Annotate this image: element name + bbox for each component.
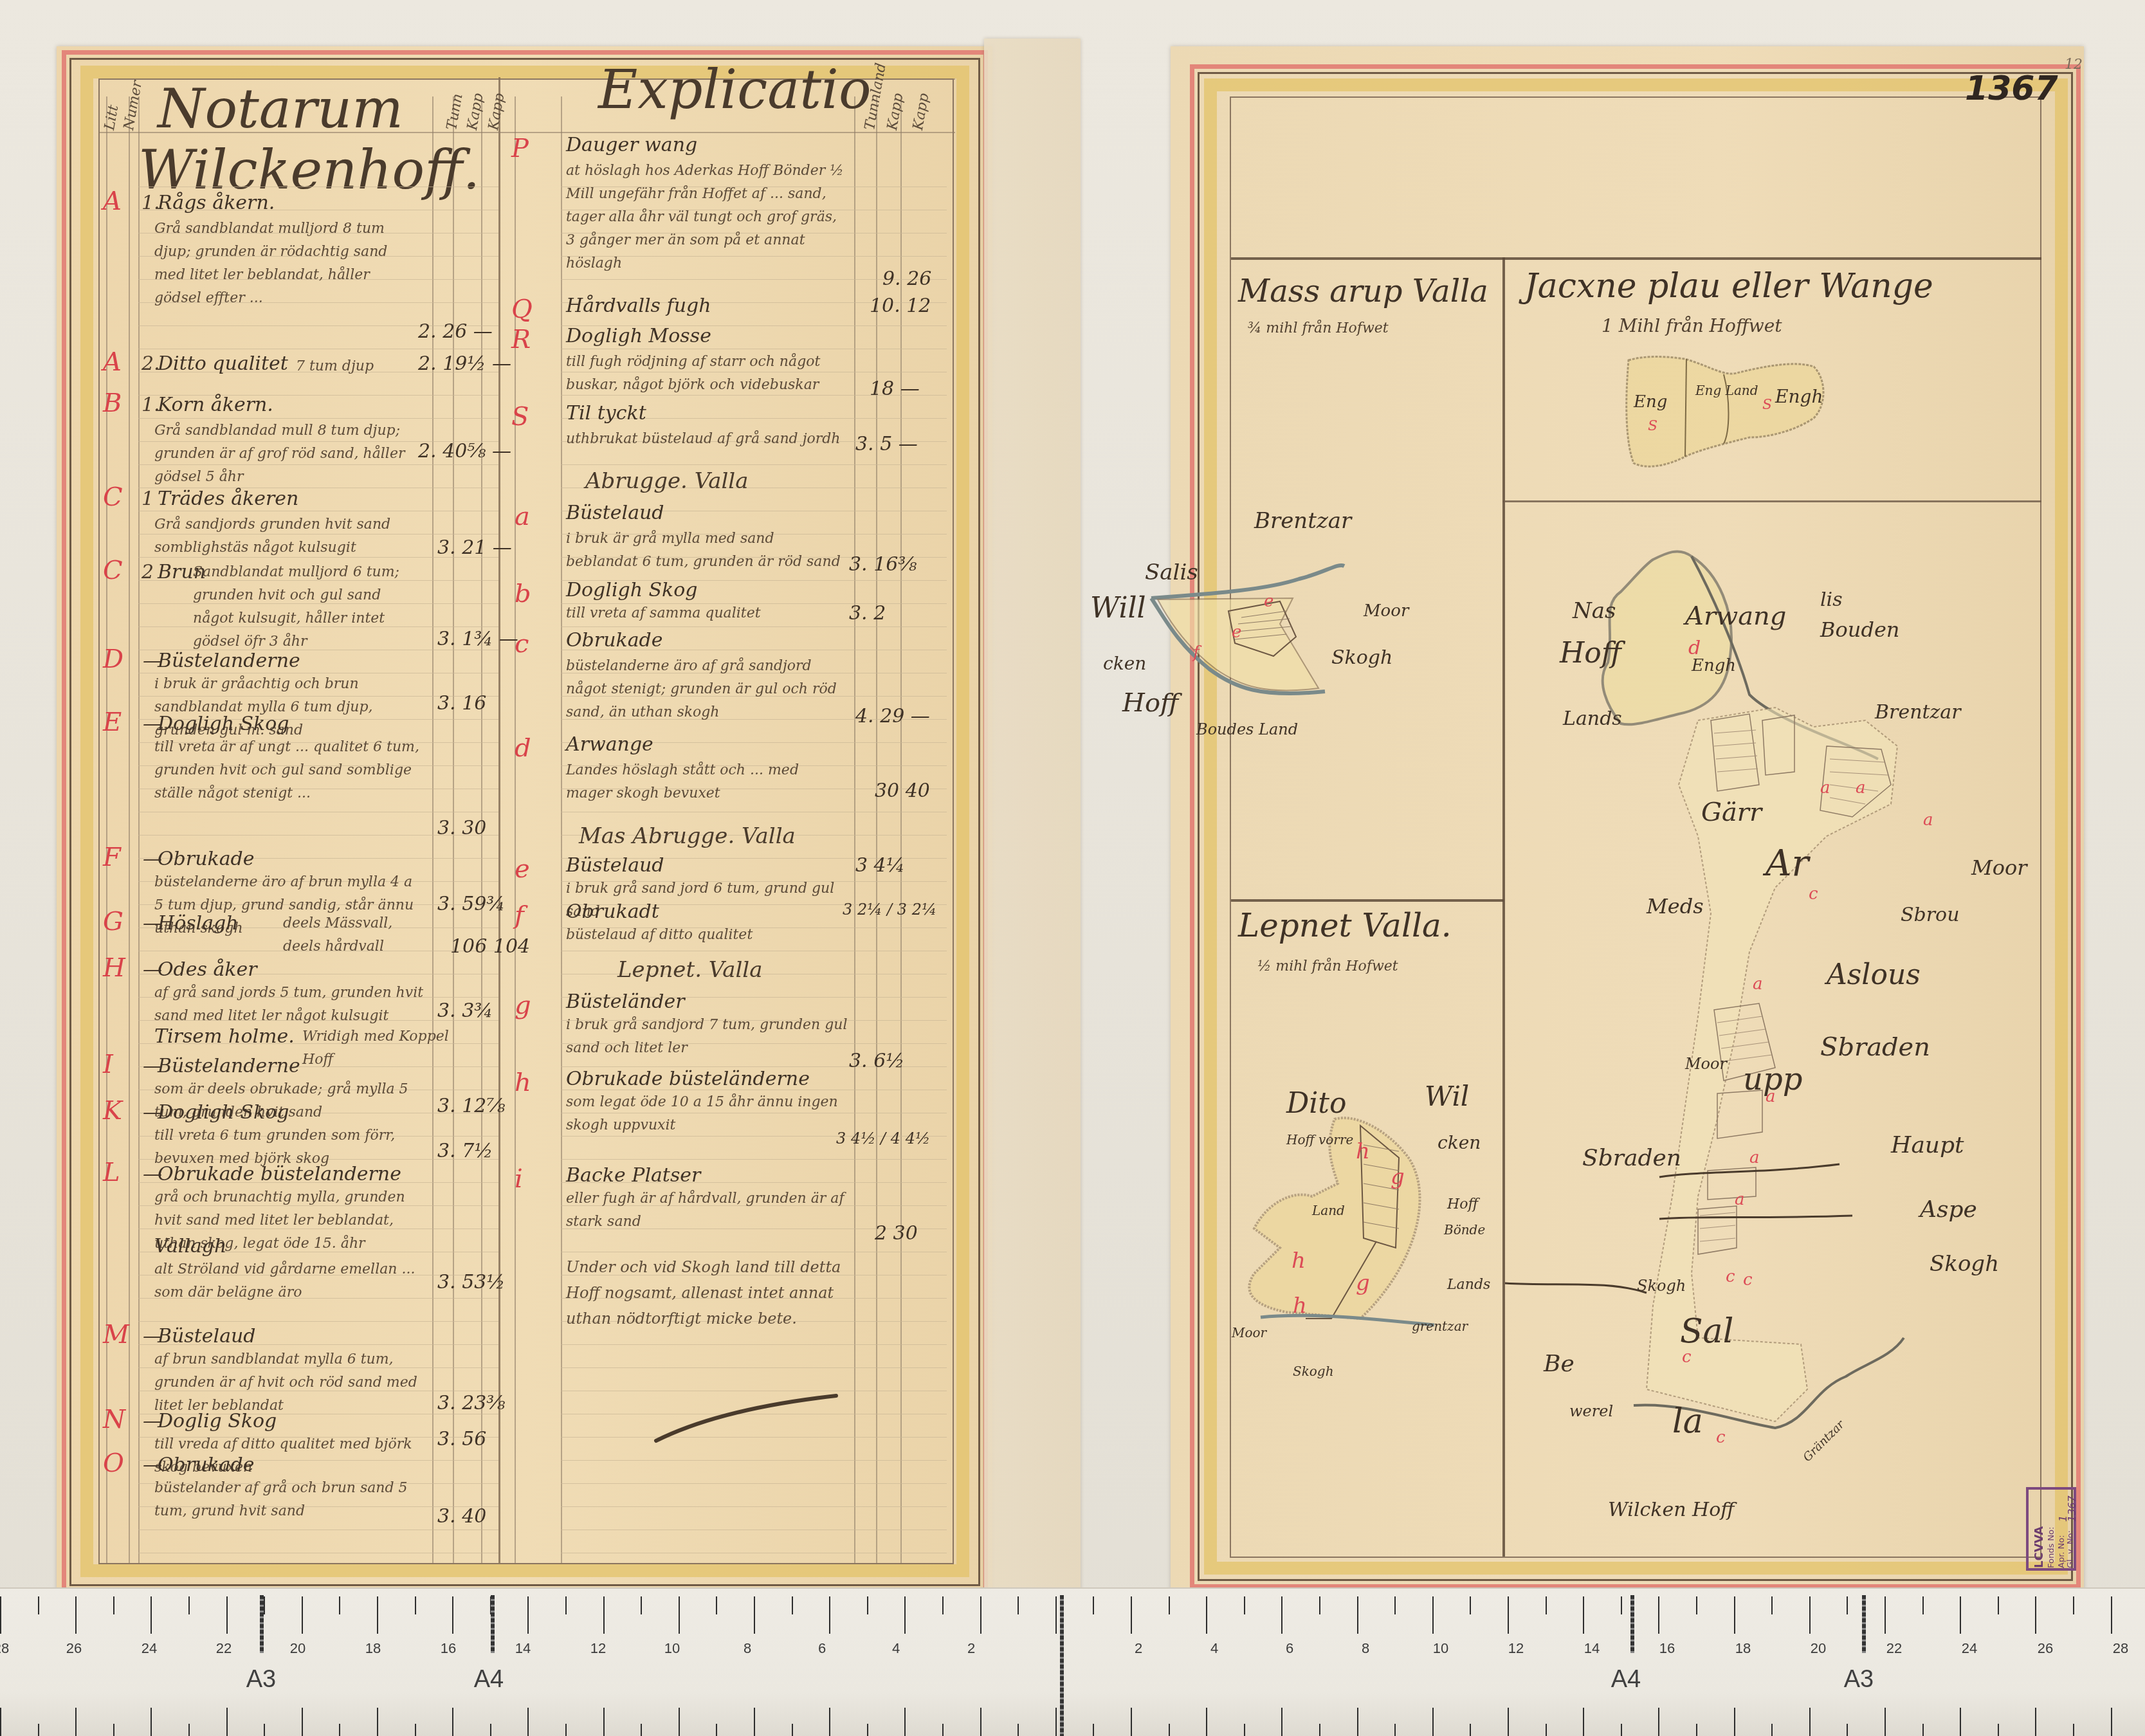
format-label: A3	[1844, 1666, 1874, 1694]
ledger-rule	[138, 812, 498, 812]
map-label: Hoff	[1560, 637, 1621, 670]
ruler-label: 16	[441, 1640, 456, 1657]
ruler-label: 26	[2038, 1640, 2053, 1657]
ruler-label: 22	[1886, 1640, 1902, 1657]
ruler-tick	[188, 1724, 190, 1736]
map-label: Engh	[1775, 386, 1823, 407]
map-label: Gärr	[1701, 798, 1762, 827]
map-label: Hoff vorre	[1286, 1132, 1353, 1147]
entry-code: A	[103, 347, 122, 377]
map-label: cken	[1438, 1132, 1481, 1153]
map-label: Hoff	[1447, 1196, 1478, 1212]
ruler-tick	[226, 1708, 228, 1736]
parcel-code: c	[1726, 1267, 1735, 1286]
ruler-tick	[1508, 1596, 1509, 1634]
ruler-label: 6	[818, 1640, 826, 1657]
entry-code: B	[103, 388, 122, 418]
ruler-tick	[1093, 1724, 1094, 1736]
entry-code: i	[515, 1164, 523, 1194]
ruler-tick	[2035, 1596, 2036, 1634]
ruler-label: 14	[1584, 1640, 1600, 1657]
ruler-tick	[113, 1596, 114, 1614]
ruler-label: 20	[290, 1640, 306, 1657]
entry-label: Höslagh	[158, 912, 239, 935]
ruler-tick	[1658, 1708, 1659, 1736]
parcel-code: e	[1232, 623, 1241, 642]
ruler-tick	[1809, 1596, 1811, 1634]
ruler-tick	[1394, 1596, 1396, 1614]
map-label: Hoff	[1122, 688, 1178, 718]
ruler-tick	[0, 1596, 1, 1634]
ledger-col-line	[854, 96, 855, 1563]
entry-code: F	[103, 843, 121, 872]
ledger-rule	[138, 511, 498, 511]
section-heading: Abrugge. Valla	[585, 468, 748, 494]
section-heading: Lepnet. Valla	[617, 957, 762, 983]
ruler-tick	[1055, 1708, 1057, 1736]
ruler-tick	[1885, 1596, 1886, 1634]
ruler-tick	[2073, 1596, 2074, 1614]
entry-label: Tirsem holme.	[154, 1025, 295, 1048]
ruler-tick	[2073, 1724, 2074, 1736]
ruler-tick	[377, 1596, 378, 1634]
ruler-tick	[527, 1708, 529, 1736]
ruler-tick	[1658, 1596, 1659, 1634]
entry-code: b	[515, 579, 531, 608]
ruler-tick	[679, 1596, 680, 1634]
ruler-tick	[377, 1708, 378, 1736]
parcel-code: h	[1356, 1138, 1370, 1164]
stamp-apr: Apr. No:	[2057, 1535, 2067, 1568]
entry-label: Büstelaud	[566, 854, 664, 877]
map-label: Haupt	[1891, 1132, 1964, 1158]
entry-description: deels Mässvall, deels hårdvall	[283, 912, 424, 958]
panel-title-jacxne: Jacxne plau eller Wange	[1524, 267, 1933, 306]
ruler-tick	[1960, 1708, 1961, 1736]
entry-code: D	[103, 644, 123, 674]
map-label: Bouden	[1820, 617, 1899, 642]
panel-subtitle-jacxne: 1 Mihl från Hoffwet	[1602, 315, 1782, 336]
ledger-rule	[561, 812, 947, 812]
ruler-tick	[113, 1724, 114, 1736]
ruler-tick	[1206, 1708, 1207, 1736]
parcel-code: g	[1391, 1164, 1405, 1190]
entry-value: 4. 29 —	[855, 705, 930, 727]
entry-code: g	[515, 991, 531, 1020]
map-label: Wilcken Hoff	[1608, 1499, 1735, 1521]
panel-subtitle-lepnet: ½ mihl från Hofwet	[1257, 958, 1398, 974]
panel-title-lepnet: Lepnet Valla.	[1238, 907, 1452, 944]
entry-description: af grå sand jords 5 tum, grunden hvit sa…	[154, 982, 424, 1028]
entry-value: 3. 21 —	[437, 536, 512, 559]
ruler-label: 2	[967, 1640, 975, 1657]
map-label: lis	[1820, 589, 1843, 611]
ledger-rule	[138, 418, 498, 419]
entry-value: 3 4½ / 4 4½	[836, 1129, 930, 1147]
ruler-tick	[829, 1708, 830, 1736]
entry-value: 3. 2	[849, 602, 886, 625]
ruler-label: 18	[365, 1640, 381, 1657]
entry-label: Dogligh Skog	[158, 1101, 289, 1124]
ruler-tick	[792, 1596, 793, 1614]
ruler-tick	[226, 1596, 228, 1634]
map-label: Will	[1090, 592, 1146, 625]
entry-code: Q	[511, 295, 533, 324]
ruler-tick	[1319, 1596, 1320, 1614]
entry-label: Büsteländer	[566, 991, 685, 1013]
entry-label: Dogligh Mosse	[566, 325, 711, 347]
ledger-rule	[138, 349, 498, 349]
ruler-label: 8	[744, 1640, 751, 1657]
entry-value: 3. 59¾	[437, 893, 505, 915]
ruler-tick	[1470, 1596, 1471, 1614]
ruler-tick	[904, 1708, 906, 1736]
map-label: Nas	[1573, 598, 1616, 624]
map-label: Land	[1312, 1203, 1345, 1218]
entry-code: K	[103, 1096, 122, 1126]
ruler-tick	[1432, 1708, 1434, 1736]
ruler-tick	[754, 1596, 755, 1634]
ruler-tick	[0, 1708, 1, 1736]
ledger-rule	[561, 1159, 947, 1160]
format-label: A3	[246, 1666, 276, 1694]
entry-value: 3. 16	[437, 692, 486, 715]
ruler-label: 14	[515, 1640, 531, 1657]
ledger-rule	[138, 187, 498, 187]
entry-code: R	[511, 325, 531, 354]
parcel-code: f	[1193, 643, 1200, 662]
ledger-rule	[561, 1506, 947, 1507]
entry-label: Obrukade	[158, 1454, 254, 1476]
ruler-tick	[1169, 1596, 1170, 1614]
entry-label: Til tyckt	[566, 402, 646, 425]
ruler-tick	[867, 1596, 868, 1614]
entry-code: N	[103, 1405, 125, 1434]
map-label: Sbraden	[1582, 1145, 1681, 1171]
ledger-rule	[561, 1367, 947, 1368]
ruler-tick	[1885, 1708, 1886, 1736]
ruler-tick	[1470, 1724, 1471, 1736]
entry-code: L	[103, 1158, 120, 1187]
entry-value: 3. 16⅜	[849, 553, 917, 576]
entry-label: Trädes åkeren	[158, 488, 298, 510]
ruler-label: 28	[0, 1640, 9, 1657]
entry-description: Grå sandblandad mull 8 tum djup; grunden…	[154, 419, 418, 489]
entry-value: 2 30	[875, 1222, 918, 1245]
map-label: Brentzar	[1875, 701, 1961, 724]
entry-code: a	[515, 502, 530, 531]
ruler-label: 4	[892, 1640, 900, 1657]
entry-value: 3. 56	[437, 1428, 486, 1450]
ruler-label: 6	[1286, 1640, 1293, 1657]
panel-title-massarup: Mass arup Valla	[1238, 273, 1488, 309]
entry-description: Wridigh med Koppel Hoff	[302, 1025, 457, 1072]
ruler-tick	[792, 1724, 793, 1736]
entry-description: Landes höslagh stått och ... med mager s…	[566, 759, 849, 805]
ruler-tick	[264, 1596, 265, 1614]
entry-value: 3. 12⅞	[437, 1095, 505, 1117]
ruler-label: 22	[216, 1640, 232, 1657]
ruler-tick	[151, 1708, 152, 1736]
ledger-rule	[561, 1530, 947, 1530]
format-label: A4	[1611, 1666, 1641, 1694]
entry-label: Obrukade	[566, 629, 662, 652]
ruler-tick	[415, 1596, 416, 1614]
ruler-tick	[1960, 1596, 1961, 1634]
map-label: Moor	[1364, 601, 1409, 621]
ruler-tick	[716, 1724, 717, 1736]
parcel-code: a	[1749, 1148, 1760, 1167]
ruler-tick	[942, 1596, 944, 1614]
ruler-tick	[302, 1708, 303, 1736]
parcel-code: a	[1820, 778, 1830, 798]
map-label: Eng Land	[1695, 383, 1758, 398]
ledger-rule	[561, 349, 947, 349]
map-label: Skogh	[1930, 1251, 1999, 1277]
entry-label: Obrukade büstelanderne	[158, 1163, 401, 1185]
entry-label: Dauger wang	[566, 134, 697, 156]
ruler-tick	[679, 1708, 680, 1736]
map-label: la	[1672, 1402, 1703, 1441]
entry-code: P	[511, 134, 529, 163]
measurement-ruler: A3 A4 A4 A3 28 26 24 22 20 18 16 14 12 1…	[0, 1587, 2145, 1736]
parcel-code: c	[1809, 884, 1818, 904]
entry-label: Obrukade	[158, 848, 254, 870]
entry-label: Rågs åkern.	[158, 192, 275, 214]
parcel-code: g	[1356, 1270, 1370, 1296]
ruler-label: 10	[1433, 1640, 1448, 1657]
ruler-tick	[151, 1596, 152, 1634]
ruler-tick	[75, 1596, 77, 1634]
entry-value: 30 40	[875, 780, 930, 802]
entry-number: 2	[141, 561, 154, 583]
ledger-rule	[138, 1553, 498, 1553]
ruler-label: 28	[2113, 1640, 2128, 1657]
entry-code: E	[103, 708, 122, 737]
ruler-tick	[452, 1596, 453, 1634]
entry-code: H	[103, 953, 125, 983]
parcel-code: S	[1648, 418, 1657, 434]
stamp-fonds: Fonds No:	[2047, 1527, 2056, 1568]
entry-value: 3. 6½	[849, 1050, 904, 1072]
ruler-tick	[1244, 1596, 1245, 1614]
ruler-tick	[980, 1596, 981, 1634]
ruler-label: 16	[1659, 1640, 1675, 1657]
ruler-tick	[1131, 1708, 1132, 1736]
map-label: Boudes Land	[1196, 720, 1298, 738]
ledger-rule	[561, 1483, 947, 1484]
ledger-rule	[138, 1530, 498, 1530]
ruler-tick	[2035, 1708, 2036, 1736]
stamp-glv-value: 1367	[2066, 1495, 2078, 1522]
map-label: Be	[1544, 1351, 1575, 1377]
entry-description: uthbrukat büstelaud af grå sand jordh	[566, 428, 849, 451]
ruler-label: 4	[1210, 1640, 1218, 1657]
entry-description: till fugh rödjning af starr och något bu…	[566, 351, 849, 397]
map-label: Skogh	[1331, 646, 1392, 669]
entry-description: Grå sandjords grunden hvit sand sombligh…	[154, 513, 418, 560]
parcel-code: S	[1762, 397, 1772, 413]
ruler-tick	[1319, 1724, 1320, 1736]
archive-stamp: LCVVA Fonds No: Apr. No: 1 Gl. v. No: 13…	[2026, 1487, 2076, 1571]
entry-description: at höslagh hos Aderkas Hoff Bönder ½ Mil…	[566, 160, 849, 275]
ruler-tick	[302, 1596, 303, 1634]
ruler-tick	[1357, 1708, 1358, 1736]
ruler-tick	[75, 1708, 77, 1736]
map-label: Aspe	[1920, 1196, 1977, 1223]
page-number: 1367	[1965, 69, 2058, 108]
ruler-tick	[1771, 1596, 1773, 1614]
entry-value: 3. 1¾ —	[437, 628, 518, 650]
map-label: Dito	[1286, 1087, 1347, 1120]
ruler-tick	[264, 1724, 265, 1736]
ruler-tick	[1922, 1724, 1924, 1736]
ruler-tick	[1281, 1596, 1282, 1634]
map-label: grentzar	[1412, 1319, 1468, 1334]
ruler-tick	[2111, 1596, 2112, 1634]
entry-code: h	[515, 1068, 531, 1097]
entry-value: 3. 5 —	[855, 433, 918, 455]
ruler-label: 2	[1135, 1640, 1142, 1657]
ruler-label: 12	[590, 1640, 606, 1657]
map-label: Eng	[1634, 392, 1667, 412]
map-label: werel	[1569, 1402, 1613, 1420]
flourish-icon	[650, 1389, 843, 1447]
ledger-rule	[138, 1321, 498, 1322]
ruler-tick	[716, 1596, 717, 1614]
entry-label: Büstelanderne	[158, 1055, 300, 1077]
ruler-tick	[1281, 1708, 1282, 1736]
ledger-col-line	[432, 96, 434, 1563]
ruler-tick	[1998, 1724, 1999, 1736]
ruler-tick	[2111, 1708, 2112, 1736]
entry-value: 9. 26	[882, 268, 931, 290]
ruler-tick	[1621, 1596, 1622, 1614]
map-label: Skogh	[1293, 1364, 1334, 1379]
left-title-line1: Notarum	[158, 77, 403, 140]
map-label: Moor	[1685, 1055, 1727, 1073]
ruler-center-line	[1060, 1595, 1064, 1736]
entry-label: Odes åker	[158, 958, 257, 981]
parcel-code: c	[1716, 1428, 1726, 1447]
ruler-tick	[1734, 1596, 1735, 1634]
entry-value: 3 2¼ / 3 2¼	[843, 900, 936, 918]
format-marker-a3-left	[260, 1595, 264, 1653]
ruler-tick	[1131, 1596, 1132, 1634]
entry-code: A	[103, 187, 122, 216]
entry-description: büstelaud af ditto qualitet	[566, 924, 849, 947]
map-label: Sbrou	[1901, 904, 1959, 926]
entry-code: G	[103, 907, 123, 937]
format-marker-a4-right	[1630, 1595, 1634, 1653]
ruler-tick	[1169, 1724, 1170, 1736]
panel-divider	[1231, 257, 2041, 260]
entry-label: Korn åkern.	[158, 394, 273, 416]
ledger-rule	[561, 1344, 947, 1345]
parcel-code: e	[1264, 592, 1273, 611]
ruler-tick	[1546, 1724, 1547, 1736]
ruler-tick	[1734, 1708, 1735, 1736]
ruler-tick	[490, 1724, 491, 1736]
entry-label: Hårdvalls fugh	[566, 295, 711, 317]
entry-label: Büstelanderne	[158, 650, 300, 672]
map-label: Engh	[1692, 656, 1736, 675]
jacxne-parcel-map	[1621, 347, 1827, 476]
entry-value: 3 4¼	[855, 854, 905, 877]
entry-description: alt Ströland vid gårdarne emellan ... so…	[154, 1258, 424, 1304]
ledger-rule	[561, 626, 947, 627]
map-label: Lands	[1447, 1277, 1490, 1293]
parcel-code: a	[1753, 974, 1763, 994]
ruler-tick	[1546, 1596, 1547, 1614]
ruler-tick	[565, 1724, 567, 1736]
entry-code: M	[103, 1320, 129, 1349]
ruler-tick	[339, 1596, 340, 1614]
entry-description: i bruk är grå mylla med sand beblandat 6…	[566, 527, 849, 574]
parcel-code: h	[1293, 1293, 1307, 1319]
entry-description: till vreta är af ungt ... qualitet 6 tum…	[154, 736, 424, 805]
entry-value: 2. 40⅝ —	[418, 440, 511, 462]
entry-description: eller fugh är af hårdvall, grunden är af…	[566, 1187, 849, 1234]
parcel-code: a	[1856, 778, 1866, 798]
entry-value: 18 —	[870, 378, 920, 400]
ruler-tick	[1809, 1708, 1811, 1736]
map-label: Sbraden	[1820, 1032, 1930, 1062]
panel-divider	[1231, 899, 1504, 902]
ruler-tick	[1621, 1724, 1622, 1736]
entry-code: c	[515, 629, 529, 659]
map-label: Arwang	[1685, 601, 1786, 631]
ruler-tick	[829, 1596, 830, 1634]
entry-label: Büstelaud	[158, 1325, 256, 1348]
ruler-tick	[980, 1708, 981, 1736]
ruler-tick	[1093, 1596, 1094, 1614]
ledger-rule	[561, 1553, 947, 1553]
ruler-tick	[1508, 1708, 1509, 1736]
map-label: Salis	[1145, 560, 1198, 585]
entry-value: 2. 19½ —	[418, 352, 511, 375]
map-label: cken	[1103, 653, 1146, 674]
map-label: Meds	[1647, 894, 1704, 918]
entry-label: Obrukade büsteländerne	[566, 1068, 810, 1090]
entry-label: Backe Platser	[566, 1164, 700, 1187]
ruler-tick	[1998, 1596, 1999, 1614]
entry-code: d	[515, 733, 531, 763]
ruler-tick	[641, 1596, 642, 1614]
format-marker-a4-left	[491, 1595, 495, 1653]
entry-value: 3. 7½	[437, 1140, 493, 1162]
map-label: Ar	[1766, 843, 1809, 884]
ruler-tick	[1847, 1724, 1848, 1736]
entry-label: Ditto qualitet	[158, 352, 288, 375]
corner-mark: 12	[2065, 57, 2083, 73]
ruler-tick	[1771, 1724, 1773, 1736]
ruler-tick	[1583, 1596, 1584, 1634]
entry-description: 7 tum djup	[296, 355, 424, 378]
ruler-tick	[942, 1724, 944, 1736]
entry-code: e	[515, 854, 530, 884]
entry-description: Grå sandblandat mulljord 8 tum djup; gru…	[154, 217, 418, 310]
binding-strip	[984, 39, 1081, 1602]
map-label: Bönde	[1444, 1222, 1485, 1238]
ruler-tick	[1018, 1724, 1019, 1736]
map-label: Moor	[1232, 1325, 1266, 1340]
ruler-label: 26	[66, 1640, 82, 1657]
stamp-glv: Gl. v. No:	[2066, 1530, 2076, 1568]
entry-code: C	[103, 482, 123, 512]
entry-label: Obrukadt	[566, 900, 659, 923]
ruler-tick	[1244, 1724, 1245, 1736]
